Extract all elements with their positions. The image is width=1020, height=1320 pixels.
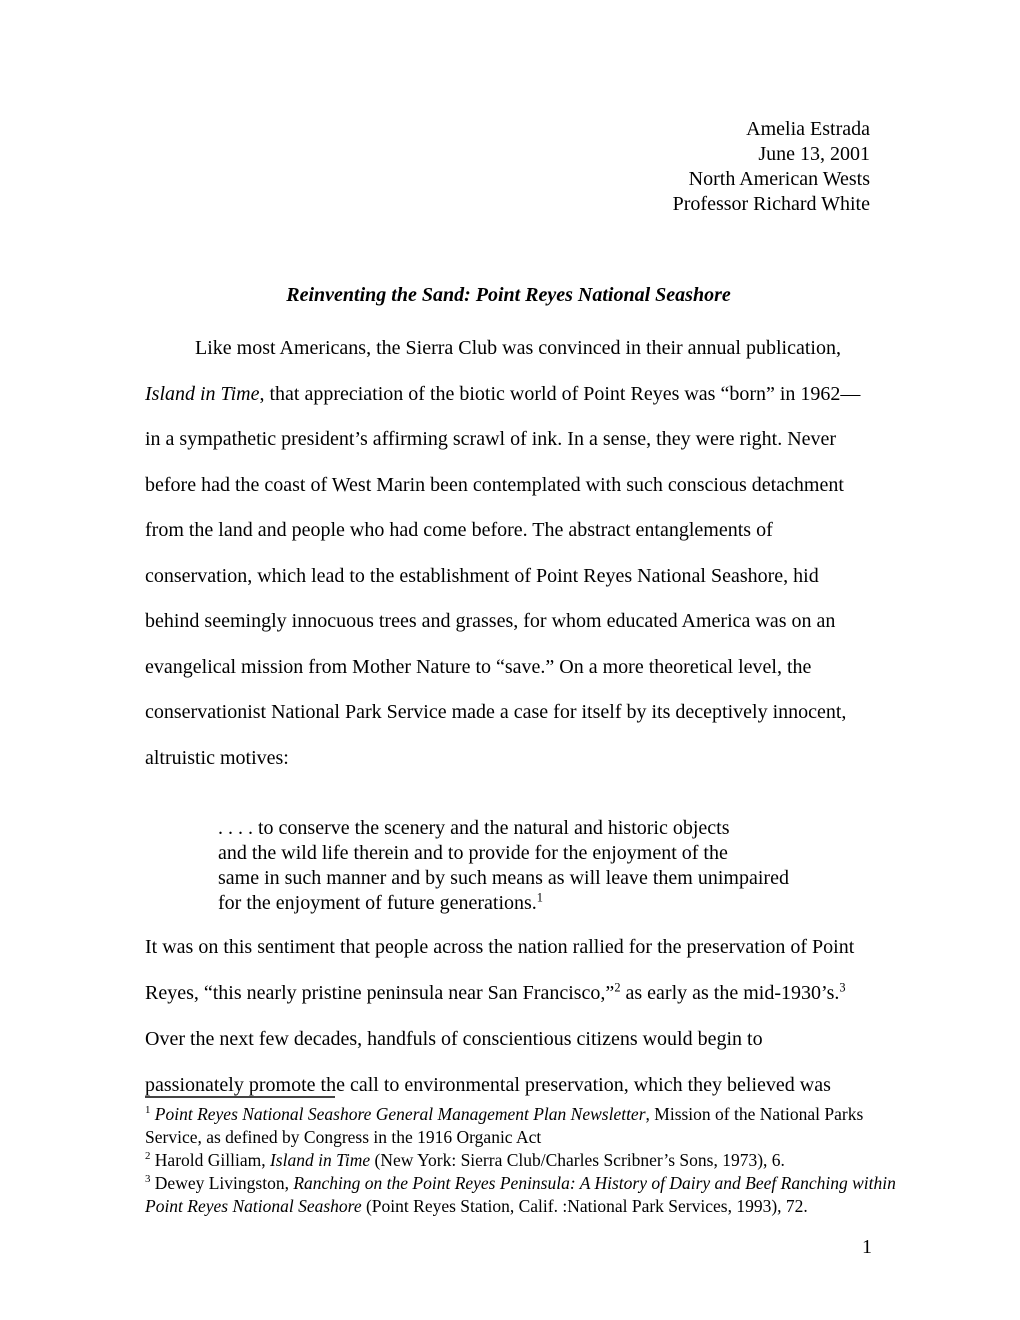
footnote-reference: 3 [839,980,845,994]
text-run: before had the coast of West Marin been … [145,474,844,496]
text-run: , that appreciation of the biotic world … [259,383,860,405]
text-line: June 13, 2001 [673,142,870,167]
text-line: in a sympathetic president’s affirming s… [145,417,860,463]
text-run: passionately promote the call to environ… [145,1074,831,1096]
text-line: altruistic motives: [145,736,860,782]
text-line: Point Reyes National Seashore (Point Rey… [145,1195,896,1218]
text-line: 3 Dewey Livingston, Ranching on the Poin… [145,1172,896,1195]
text-run: Amelia Estrada [746,118,870,140]
text-run: conservationist National Park Service ma… [145,701,846,723]
text-run: Reyes, “this nearly pristine peninsula n… [145,982,614,1004]
italic-text-run: Island in Time [270,1150,370,1170]
text-run: North American Wests [689,168,870,190]
text-line: same in such manner and by such means as… [218,866,789,891]
text-run: evangelical mission from Mother Nature t… [145,656,811,678]
text-run: conservation, which lead to the establis… [145,565,819,587]
text-line: from the land and people who had come be… [145,508,860,554]
body-paragraph-1: Like most Americans, the Sierra Club was… [145,326,860,781]
text-run: altruistic motives: [145,747,289,769]
text-run: . . . . to conserve the scenery and the … [218,817,730,839]
page-number: 1 [145,1236,872,1259]
text-line: conservationist National Park Service ma… [145,690,860,736]
text-line: Over the next few decades, handfuls of c… [145,1016,854,1062]
text-line: before had the coast of West Marin been … [145,463,860,509]
text-line: North American Wests [673,167,870,192]
text-run: from the land and people who had come be… [145,519,773,541]
text-line: . . . . to conserve the scenery and the … [218,816,789,841]
text-line: Reyes, “this nearly pristine peninsula n… [145,970,854,1016]
italic-text-run: Island in Time [145,383,259,405]
text-line: passionately promote the call to environ… [145,1062,854,1108]
author-header-block: Amelia EstradaJune 13, 2001North America… [673,117,870,217]
text-run: Service, as defined by Congress in the 1… [145,1127,541,1147]
text-run: Like most Americans, the Sierra Club was… [195,337,841,359]
text-run: Over the next few decades, handfuls of c… [145,1028,763,1050]
text-line: Amelia Estrada [673,117,870,142]
italic-text-run: Point Reyes National Seashore General Ma… [155,1104,646,1124]
text-run: Dewey Livingston, [150,1173,293,1193]
text-line: behind seemingly innocuous trees and gra… [145,599,860,645]
italic-text-run: Ranching on the Point Reyes Peninsula: A… [293,1173,896,1193]
text-run: It was on this sentiment that people acr… [145,936,854,958]
text-line: 2 Harold Gilliam, Island in Time (New Yo… [145,1149,896,1172]
text-run: and the wild life therein and to provide… [218,842,728,864]
text-line: It was on this sentiment that people acr… [145,924,854,970]
text-line: and the wild life therein and to provide… [218,841,789,866]
text-run: Harold Gilliam, [150,1150,270,1170]
text-run: (New York: Sierra Club/Charles Scribner’… [370,1150,785,1170]
text-run: for the enjoyment of future generations. [218,892,537,914]
essay-title: Reinventing the Sand: Point Reyes Nation… [145,284,872,307]
text-run: , Mission of the National Parks [646,1104,864,1124]
footnotes-block: 1 Point Reyes National Seashore General … [145,1103,896,1218]
text-line: evangelical mission from Mother Nature t… [145,645,860,691]
text-line: for the enjoyment of future generations.… [218,891,789,916]
body-paragraph-2: It was on this sentiment that people acr… [145,924,854,1108]
footnote-separator-rule [145,1096,335,1098]
text-run: Professor Richard White [673,193,870,215]
text-run: in a sympathetic president’s affirming s… [145,428,836,450]
text-run: June 13, 2001 [758,143,870,165]
text-run: as early as the mid-1930’s. [621,982,840,1004]
text-run: behind seemingly innocuous trees and gra… [145,610,835,632]
text-line: Service, as defined by Congress in the 1… [145,1126,896,1149]
italic-text-run: Point Reyes National Seashore [145,1196,362,1216]
text-run: same in such manner and by such means as… [218,867,789,889]
text-run: (Point Reyes Station, Calif. :National P… [362,1196,808,1216]
text-line: 1 Point Reyes National Seashore General … [145,1103,896,1126]
text-line: Professor Richard White [673,192,870,217]
text-line: Island in Time, that appreciation of the… [145,372,860,418]
footnote-reference: 1 [537,890,543,904]
text-line: Like most Americans, the Sierra Club was… [145,326,860,372]
document-page: Amelia EstradaJune 13, 2001North America… [0,0,1020,1320]
block-quote: . . . . to conserve the scenery and the … [218,816,789,916]
text-line: conservation, which lead to the establis… [145,554,860,600]
